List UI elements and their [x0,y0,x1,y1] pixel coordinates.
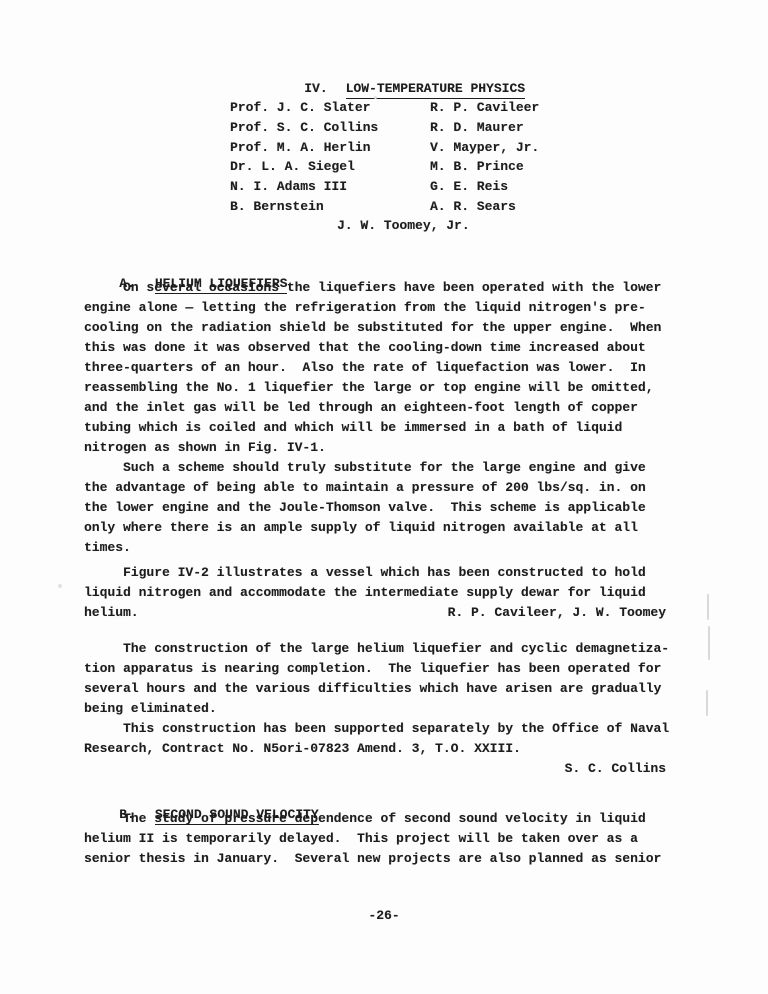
text-line: The construction of the large helium liq… [84,639,666,659]
text-line: This construction has been supported sep… [84,719,666,739]
text-line: The study of pressure dependence of seco… [84,809,666,829]
personnel-name: Prof. J. C. Slater [230,98,378,118]
scan-artifact [707,594,709,620]
text-line: this was done it was observed that the c… [84,338,666,358]
text-line: several hours and the various difficulti… [84,679,666,699]
paragraph: Such a scheme should truly substitute fo… [84,458,666,558]
text-line: Figure IV-2 illustrates a vessel which h… [84,563,666,583]
personnel-name: A. R. Sears [430,197,539,217]
text-line: the advantage of being able to maintain … [84,478,666,498]
scan-artifact [706,690,708,716]
text-line: Research, Contract No. N5ori-07823 Amend… [84,739,666,759]
paragraph: On several occasions the liquefiers have… [84,278,666,458]
text-line: helium. R. P. Cavileer, J. W. Toomey [84,603,666,623]
text-line: cooling on the radiation shield be subst… [84,318,666,338]
signature: S. C. Collins [84,759,666,779]
text-line: senior thesis in January. Several new pr… [84,849,666,869]
paragraph: The study of pressure dependence of seco… [84,809,666,869]
personnel-name: R. D. Maurer [430,118,539,138]
personnel-column-left: Prof. J. C. Slater Prof. S. C. Collins P… [230,98,378,217]
section-a-heading: A.HELIUM LIQUEFIERS [88,254,287,274]
personnel-column-right: R. P. Cavileer R. D. Maurer V. Mayper, J… [430,98,539,217]
text-line: being eliminated. [84,699,666,719]
scan-artifact [708,626,710,660]
text-line-left: helium. [84,603,139,623]
scan-speck [58,584,62,588]
paragraph: The construction of the large helium liq… [84,639,666,719]
text-line: and the inlet gas will be led through an… [84,398,666,418]
text-line: liquid nitrogen and accommodate the inte… [84,583,666,603]
paragraph: This construction has been supported sep… [84,719,666,779]
paragraph: Figure IV-2 illustrates a vessel which h… [84,563,666,623]
personnel-name: M. B. Prince [430,157,539,177]
personnel-name: Prof. M. A. Herlin [230,138,378,158]
text-line: three-quarters of an hour. Also the rate… [84,358,666,378]
personnel-name: R. P. Cavileer [430,98,539,118]
page-number: -26- [0,906,768,926]
signature: R. P. Cavileer, J. W. Toomey [448,603,666,623]
section-title: IV.LOW-TEMPERATURE PHYSICS [273,59,525,79]
personnel-name: B. Bernstein [230,197,378,217]
personnel-name: V. Mayper, Jr. [430,138,539,158]
text-line: On several occasions the liquefiers have… [84,278,666,298]
text-line: reassembling the No. 1 liquefier the lar… [84,378,666,398]
section-title-number: IV. [304,81,327,96]
section-b-heading: B.SECOND SOUND VELOCITY [88,785,319,805]
scan-speck [374,96,377,99]
text-line: only where there is an ample supply of l… [84,518,666,538]
personnel-name: Prof. S. C. Collins [230,118,378,138]
personnel-name-centered: J. W. Toomey, Jr. [337,216,470,236]
personnel-name: N. I. Adams III [230,177,378,197]
text-line: tion apparatus is nearing completion. Th… [84,659,666,679]
text-line: engine alone — letting the refrigeration… [84,298,666,318]
document-page: IV.LOW-TEMPERATURE PHYSICS Prof. J. C. S… [0,0,768,994]
text-line: the lower engine and the Joule-Thomson v… [84,498,666,518]
text-line: nitrogen as shown in Fig. IV-1. [84,438,666,458]
personnel-name: G. E. Reis [430,177,539,197]
text-line: times. [84,538,666,558]
text-line: helium II is temporarily delayed. This p… [84,829,666,849]
personnel-name: Dr. L. A. Siegel [230,157,378,177]
text-line: tubing which is coiled and which will be… [84,418,666,438]
section-title-text: LOW-TEMPERATURE PHYSICS [346,81,525,99]
text-line: Such a scheme should truly substitute fo… [84,458,666,478]
